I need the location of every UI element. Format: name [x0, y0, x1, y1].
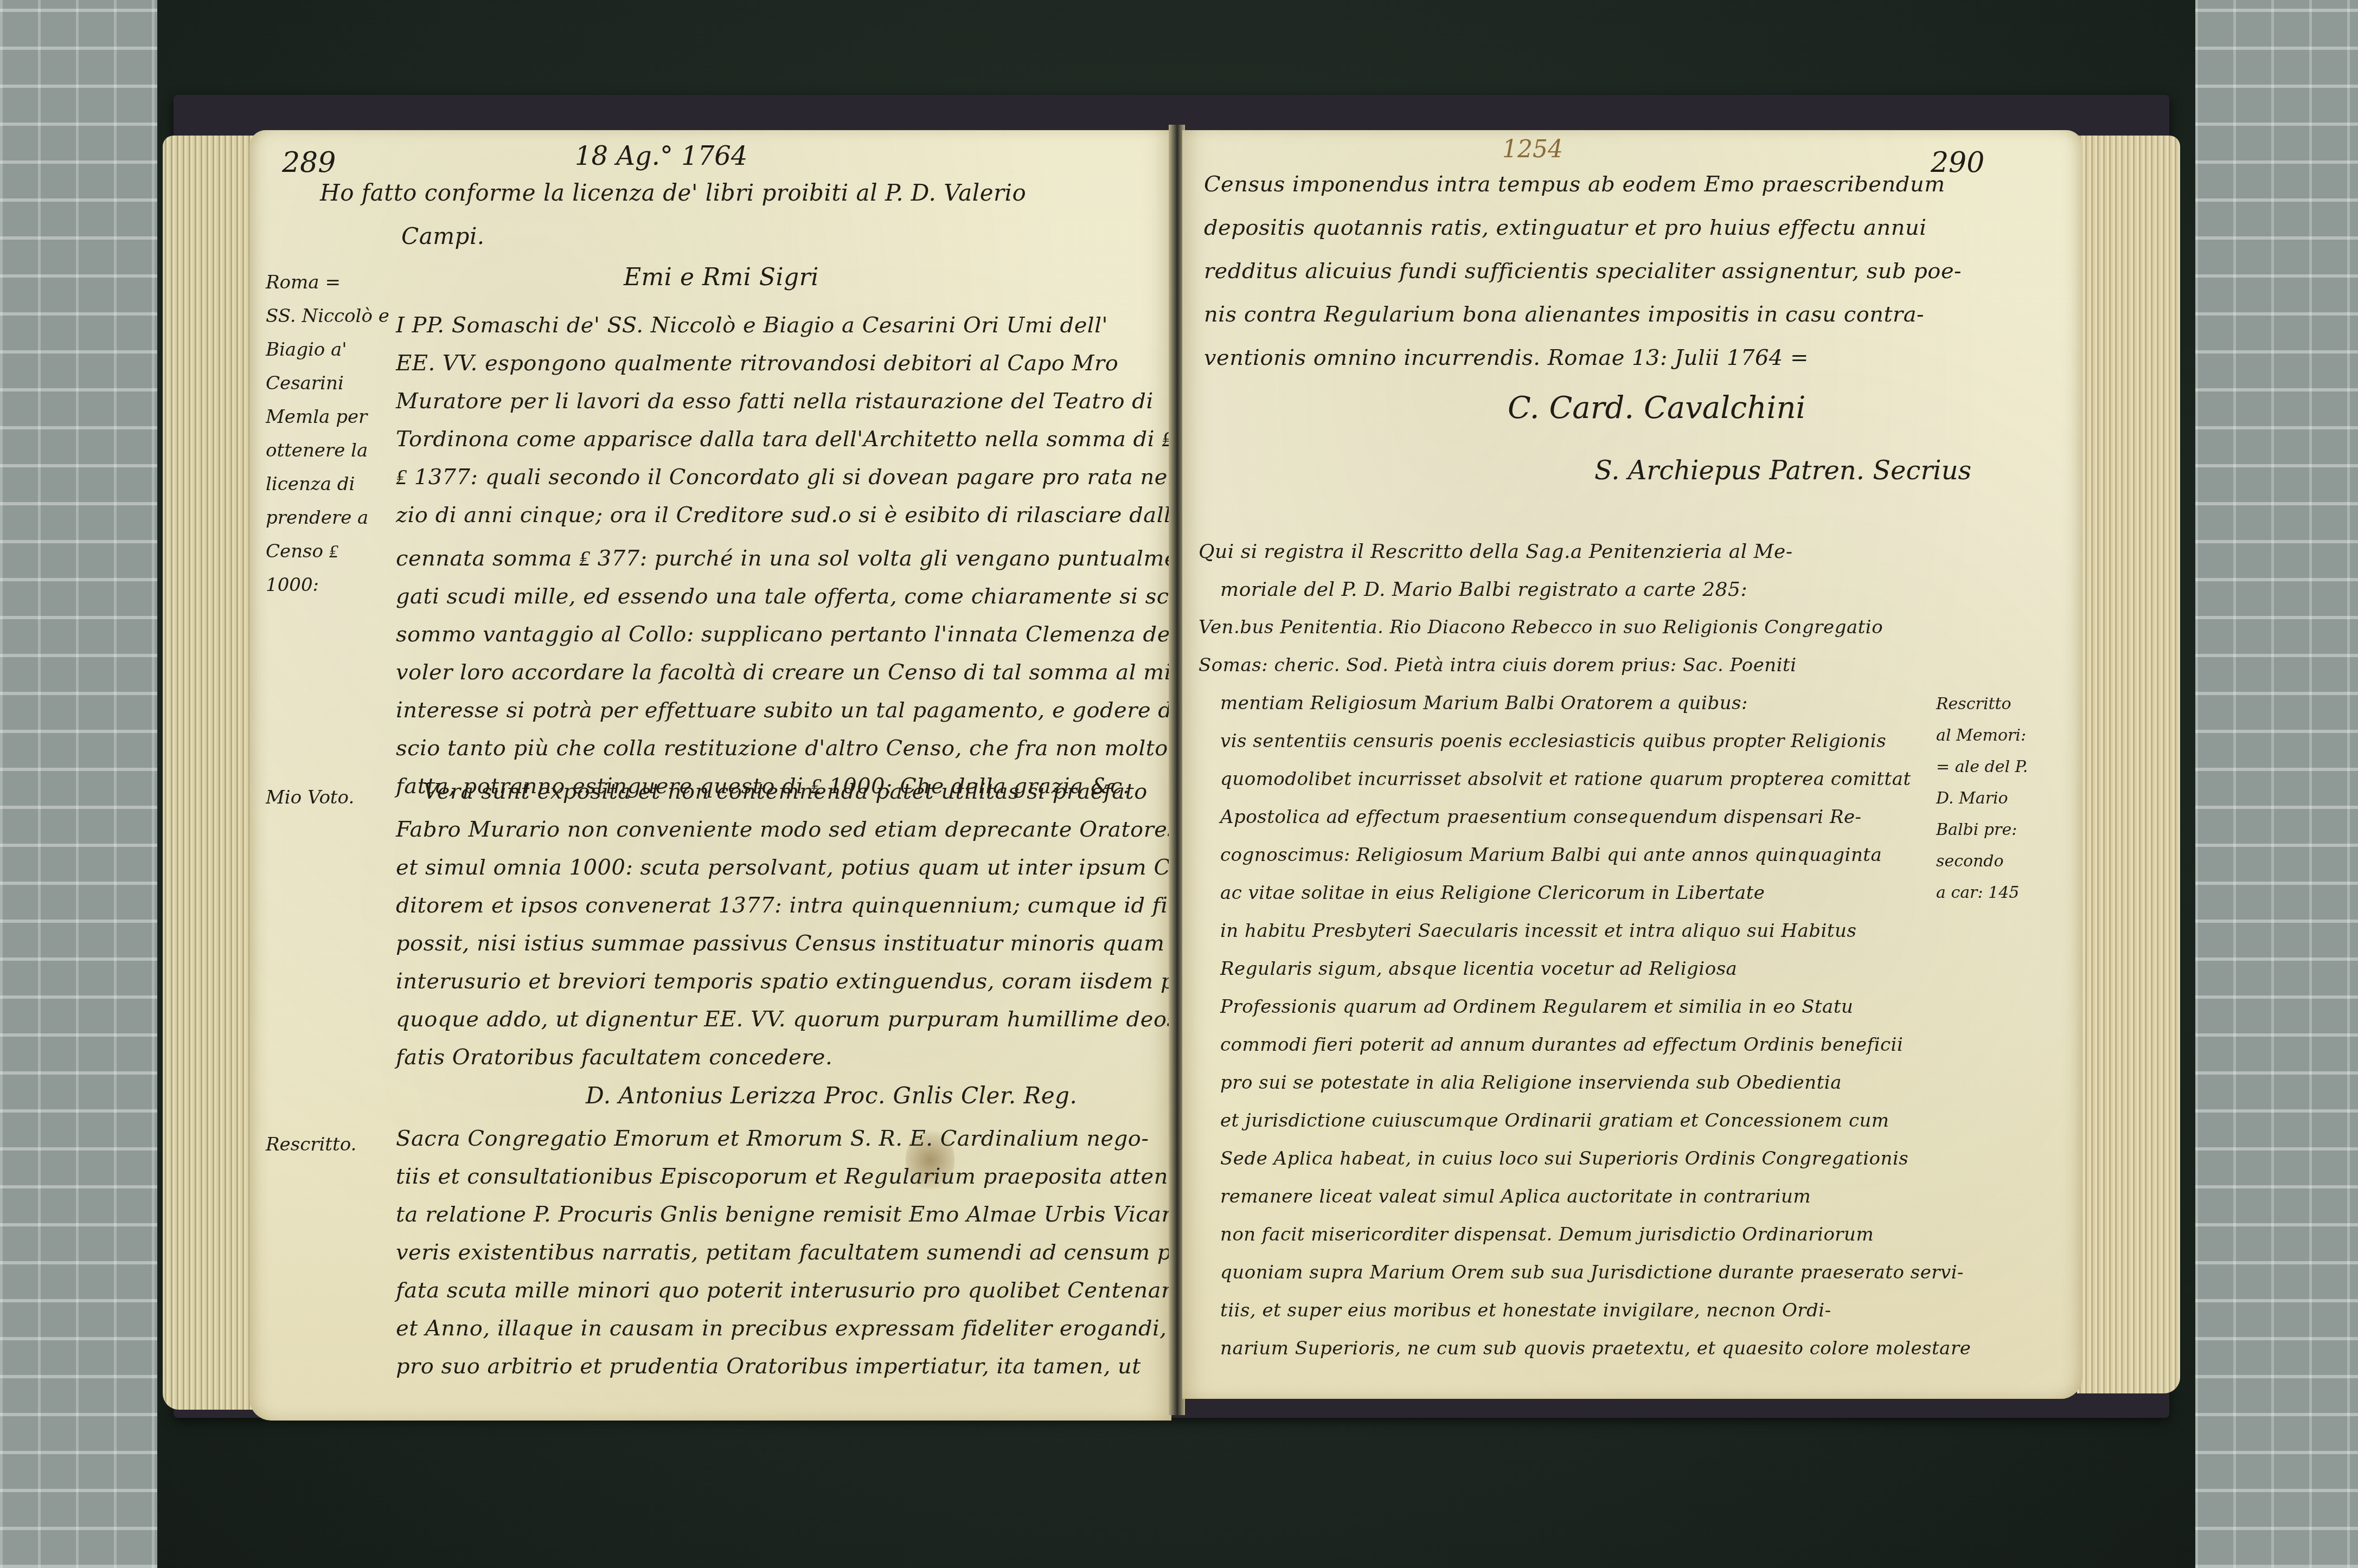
left-page: 289 18 Ag.° 1764 Ho fatto conforme la li… — [249, 130, 1171, 1421]
rescript-line: pro suo arbitrio et prudentia Oratoribus… — [396, 1355, 1141, 1377]
rescript-line: redditus alicuius fundi sufficientis spe… — [1204, 260, 1962, 282]
register-line: quomodolibet incurrisset absolvit et rat… — [1220, 770, 1911, 788]
petition-line: EE. VV. espongono qualmente ritrovandosi… — [396, 352, 1118, 374]
vote-line: Fabro Murario non conveniente modo sed e… — [396, 819, 1257, 840]
register-line: et jurisdictione cuiuscumque Ordinarii g… — [1220, 1111, 1889, 1130]
register-line: Regularis sigum, absque licentia vocetur… — [1220, 960, 1737, 978]
opening-line: Campi. — [401, 225, 485, 248]
petition-line: Muratore per li lavori da esso fatti nel… — [396, 390, 1154, 412]
register-line: Sede Aplica habeat, in cuius loco sui Su… — [1220, 1149, 1908, 1168]
rescript-line: tiis et consultationibus Episcoporum et … — [396, 1166, 1176, 1187]
petition-line: zio di anni cinque; ora il Creditore sud… — [396, 504, 1225, 526]
register-line: Professionis quarum ad Ordinem Regularem… — [1220, 998, 1853, 1016]
petition-line: gati scudi mille, ed essendo una tale of… — [396, 586, 1256, 607]
register-line: Somas: cheric. Sod. Pietà intra ciuis do… — [1199, 656, 1797, 674]
vote-signature: D. Antonius Lerizza Proc. Gnlis Cler. Re… — [586, 1084, 1077, 1107]
vote-line: fatis Oratoribus facultatem concedere. — [396, 1046, 832, 1068]
petition-line: sommo vantaggio al Collo: supplicano per… — [396, 624, 1273, 645]
register-line: mentiam Religiosum Marium Balbi Oratorem… — [1220, 694, 1748, 712]
scanner-bed-right — [2195, 0, 2358, 1568]
register-line: Ven.bus Penitentia. Rio Diacono Rebecco … — [1199, 618, 1883, 637]
petition-line: cennata somma ₤ 377: purché in una sol v… — [396, 548, 1256, 569]
register-line: ac vitae solitae in eius Religione Cleri… — [1220, 884, 1765, 902]
petition-line: voler loro accordare la facoltà di crear… — [396, 661, 1223, 683]
petition-line: scio tanto più che colla restituzione d'… — [396, 737, 1287, 759]
rescript-line: veris existentibus narratis, petitam fac… — [396, 1242, 1203, 1263]
petition-line: ₤ 1377: quali secondo il Concordato gli … — [396, 466, 1249, 488]
rescript-line: ventionis omnino incurrendis. Romae 13: … — [1204, 347, 1809, 369]
opening-line: Ho fatto conforme la licenza de' libri p… — [320, 182, 1026, 204]
signature-cardinal: C. Card. Cavalchini — [1508, 390, 1805, 426]
rescript-line: fata scuta mille minori quo poterit inte… — [396, 1280, 1193, 1301]
register-line: commodi fieri poterit ad annum durantes … — [1220, 1036, 1903, 1054]
register-line: in habitu Presbyteri Saecularis incessit… — [1220, 922, 1856, 940]
rescript-line: ta relatione P. Procuris Gnlis benigne r… — [396, 1204, 1223, 1225]
register-line: Qui si registra il Rescritto della Sag.a… — [1199, 542, 1793, 562]
register-line: narium Superioris, ne cum sub quovis pra… — [1220, 1339, 1971, 1358]
register-line: moriale del P. D. Mario Balbi registrato… — [1220, 580, 1747, 600]
vote-line: Vera sunt exposita et non contemnenda pa… — [423, 781, 1148, 802]
right-page: 290 1254 Census imponendus intra tempus … — [1182, 130, 2083, 1399]
folio-number-left: 289 — [282, 146, 336, 179]
petition-line: Tordinona come apparisce dalla tara dell… — [396, 428, 1173, 450]
register-line: cognoscimus: Religiosum Marium Balbi qui… — [1220, 846, 1882, 864]
vote-line: ditorem et ipsos convenerat 1377: intra … — [396, 895, 1248, 916]
register-line: pro sui se potestate in alia Religione i… — [1220, 1074, 1842, 1092]
faded-annotation: 1254 — [1502, 136, 1563, 163]
margin-note-roma: Roma = SS. Niccolò e Biagio a' Cesarini … — [266, 266, 390, 602]
date-heading: 18 Ag.° 1764 — [575, 141, 747, 171]
petition-line: interesse si potrà per effettuare subito… — [396, 699, 1282, 721]
page-block-right-edge — [2077, 136, 2180, 1393]
register-line: non facit misericorditer dispensat. Demu… — [1220, 1225, 1874, 1244]
rescript-line: et Anno, illaque in causam in precibus e… — [396, 1318, 1167, 1339]
vote-line: possit, nisi istius summae passivus Cens… — [396, 933, 1302, 954]
right-margin-note: Rescritto al Memori: = ale del P. D. Mar… — [1936, 689, 2077, 909]
register-line: quoniam supra Marium Orem sub sua Jurisd… — [1220, 1263, 1964, 1282]
margin-note-rescritto: Rescritto. — [266, 1128, 356, 1161]
signature-secretary: S. Archiepus Patren. Secrius — [1594, 455, 1971, 486]
vote-line: et simul omnia 1000: scuta persolvant, p… — [396, 857, 1202, 878]
register-line: remanere liceat valeat simul Aplica auct… — [1220, 1187, 1811, 1206]
register-line: tiis, et super eius moribus et honestate… — [1220, 1301, 1831, 1320]
page-block-left-edge — [163, 136, 255, 1410]
register-line: Apostolica ad effectum praesentium conse… — [1220, 808, 1862, 826]
margin-note-mio-voto: Mio Voto. — [266, 781, 354, 814]
petition-line: I PP. Somaschi de' SS. Niccolò e Biagio … — [396, 314, 1108, 336]
rescript-line: depositis quotannis ratis, extinguatur e… — [1204, 217, 1927, 239]
rescript-line: Census imponendus intra tempus ab eodem … — [1204, 173, 1945, 195]
rescript-line: nis contra Regularium bona alienantes im… — [1204, 304, 1924, 325]
register-line: vis sententiis censuris poenis ecclesias… — [1220, 732, 1886, 750]
rescript-line: Sacra Congregatio Emorum et Rmorum S. R.… — [396, 1128, 1149, 1149]
salutation: Emi e Rmi Sigri — [624, 266, 819, 290]
scanner-bed-left — [0, 0, 157, 1568]
